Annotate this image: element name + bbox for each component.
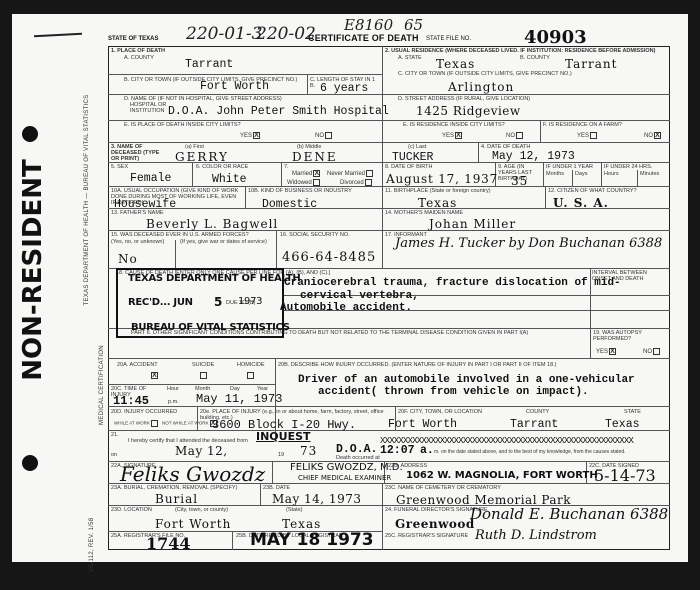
- burial-type-value: Burial: [155, 492, 198, 506]
- informant-signature: James H. Tucker by Don Buchanan 6388: [395, 236, 662, 251]
- accident-label: 20a. ACCIDENT: [117, 362, 158, 368]
- death-county-label: a. COUNTY: [124, 55, 154, 61]
- homicide-checkbox[interactable]: [246, 372, 254, 379]
- date-received-stamp: MAY 18 1973: [250, 530, 374, 550]
- days-label: Days: [575, 171, 588, 177]
- handwritten-code-2: 220-02: [256, 24, 316, 44]
- inquest-stamp: INQUEST: [256, 430, 311, 443]
- burial-state-value: Texas: [282, 517, 321, 531]
- cemetery-label: 23c. NAME OF CEMETERY OR CREMATORY: [385, 485, 501, 491]
- form-number-label: VS-112, REV. 1/58: [86, 500, 98, 590]
- funeral-director-signature: Donald E. Buchanan 6388: [470, 505, 668, 523]
- residence-street-label: d. STREET ADDRESS (If rural, give locati…: [398, 96, 530, 102]
- father-name-label: 13. FATHER'S NAME: [111, 210, 164, 216]
- death-county-value: Tarrant: [185, 58, 233, 71]
- hospital-label-3: INSTITUTION: [130, 108, 165, 114]
- registrar-signature-label: 25c. REGISTRAR'S SIGNATURE: [385, 533, 468, 539]
- death-time-value: 12:07: [380, 444, 415, 457]
- divorced-checkbox[interactable]: Divorced: [340, 179, 372, 186]
- death-city-value: Fort Worth: [200, 80, 269, 93]
- last-name-value: TUCKER: [392, 151, 433, 164]
- cause-line-a: Craniocerebral trauma, fracture dislocat…: [284, 277, 621, 289]
- punch-hole-bottom: [22, 455, 38, 471]
- residence-inside-limits-label: e. IS RESIDENCE INSIDE CITY LIMITS?: [403, 122, 505, 128]
- burial-location-sub: (City, town, or county): [175, 507, 228, 513]
- marital-label: 7.: [284, 164, 289, 170]
- autopsy-no-checkbox[interactable]: NO: [643, 348, 660, 355]
- examiner-signature: Feliks Gwozdz: [120, 462, 265, 486]
- injury-date-value: May 11, 1973: [196, 392, 282, 406]
- ssn-value: 466-64-8485: [282, 250, 376, 265]
- never-married-checkbox[interactable]: Never Married: [327, 170, 373, 177]
- mother-name-value: Johan Miller: [429, 217, 516, 231]
- residence-farm-label: f. IS RESIDENCE ON A FARM?: [543, 122, 622, 128]
- death-inside-no-checkbox[interactable]: NO: [315, 132, 332, 139]
- funeral-home-value: Greenwood: [395, 517, 475, 531]
- am-value: a.: [420, 444, 434, 457]
- residence-label: 2. USUAL RESIDENCE (Where deceased lived…: [385, 48, 655, 54]
- last-name-label: (c) Last: [408, 144, 426, 150]
- cause-line-b: Automobile accident.: [280, 302, 412, 314]
- burial-type-label: 23a. BURIAL, CREMATION, REMOVAL (Specify…: [111, 485, 237, 491]
- business-label: 10b. KIND OF BUSINESS OR INDUSTRY: [248, 188, 352, 194]
- length-of-stay-value: 6 years: [320, 82, 368, 95]
- registrar-signature: Ruth D. Lindstrom: [475, 528, 597, 543]
- birth-date-label: 8. DATE OF BIRTH: [385, 164, 432, 170]
- injury-state-value: Texas: [605, 418, 640, 431]
- birth-date-value: August 17, 1937: [386, 172, 498, 186]
- residence-street-value: 1425 Ridgeview: [416, 104, 521, 118]
- father-name-value: Beverly L. Bagwell: [146, 217, 278, 231]
- suicide-checkbox[interactable]: [199, 372, 207, 379]
- registrar-file-number: 1744: [146, 534, 191, 553]
- residence-inside-no-checkbox[interactable]: NO: [506, 132, 523, 139]
- married-checkbox[interactable]: MarriedX: [292, 170, 320, 177]
- age-value: 35: [511, 174, 528, 188]
- autopsy-label: 19. WAS AUTOPSY PERFORMED?: [593, 330, 663, 342]
- examiner-title: CHIEF MEDICAL EXAMINER: [298, 474, 391, 482]
- race-value: White: [212, 173, 247, 186]
- injury-county-label: COUNTY: [526, 409, 549, 415]
- farm-yes-checkbox[interactable]: YES: [577, 132, 597, 139]
- certificate-header: STATE OF TEXAS 220-01-3 220-02 E8160 65 …: [108, 30, 670, 46]
- received-stamp: TEXAS DEPARTMENT OF HEALTH REC'D... JUN …: [116, 268, 284, 338]
- certification-rest-text: m. on the date stated above, and to the …: [434, 450, 626, 456]
- birthplace-label: 11. BIRTHPLACE (State or foreign country…: [385, 188, 491, 194]
- sex-value: Female: [130, 172, 171, 185]
- address-label: 22b. ADDRESS: [388, 463, 427, 469]
- examiner-name: FELIKS GWOZDZ, M.D.: [290, 462, 403, 473]
- certificate-title: CERTIFICATE OF DEATH: [308, 33, 419, 43]
- injury-description-label: 20b. DESCRIBE HOW INJURY OCCURRED. (Ente…: [278, 362, 557, 368]
- residence-county-value: Tarrant: [565, 57, 617, 71]
- state-file-label: STATE FILE NO.: [426, 36, 471, 42]
- state-label: STATE OF TEXAS: [108, 36, 158, 42]
- place-of-death-label: 1. PLACE OF DEATH: [111, 48, 165, 54]
- injury-state-label: STATE: [624, 409, 641, 415]
- birthplace-value: Texas: [418, 196, 457, 210]
- burial-location-label: 23d. LOCATION: [111, 507, 152, 513]
- citizen-label: 12. CITIZEN OF WHAT COUNTRY?: [548, 188, 637, 194]
- armed-forces-label: 15. WAS DECEASED EVER IN U.S. ARMED FORC…: [111, 232, 249, 238]
- state-file-number: 40903: [524, 27, 587, 48]
- injury-description-line2: accident( thrown from vehicle on impact)…: [318, 386, 589, 398]
- sex-label: 5. SEX: [111, 164, 128, 170]
- months-label: Months: [546, 171, 564, 177]
- business-value: Domestic: [262, 198, 317, 211]
- suicide-label: SUICIDE: [192, 362, 214, 368]
- residence-state-label: a. STATE: [398, 55, 422, 61]
- autopsy-yes-checkbox[interactable]: YESX: [596, 348, 616, 355]
- under-1-year-label: IF UNDER 1 YEAR: [546, 164, 593, 170]
- middle-name-value: DENE: [292, 150, 338, 164]
- handwritten-code-3: E8160: [344, 16, 393, 34]
- hours-label: Hours: [604, 171, 619, 177]
- armed-forces-value: No: [118, 252, 138, 266]
- farm-no-checkbox[interactable]: NOX: [644, 132, 661, 139]
- injury-city-label: 20f. CITY, TOWN, OR LOCATION: [398, 409, 482, 415]
- death-occurred-label: Death occurred at: [336, 455, 380, 461]
- death-inside-limits-label: e. IS PLACE OF DEATH INSIDE CITY LIMITS?: [124, 122, 241, 128]
- armed-forces-sub2: (If yes, give war or dates of service): [180, 239, 267, 245]
- date-of-death-value: May 12, 1973: [492, 150, 575, 163]
- hour-label: Hour: [167, 386, 179, 392]
- residence-inside-yes-checkbox[interactable]: YESX: [442, 132, 462, 139]
- burial-date-value: May 14, 1973: [272, 492, 361, 506]
- burial-state-sub: (State): [286, 507, 303, 513]
- while-at-work-checkbox[interactable]: WHILE AT WORK: [114, 420, 158, 427]
- injury-occurred-label: 20d. INJURY OCCURRED: [111, 409, 177, 415]
- injury-ampm: p.m.: [168, 399, 179, 405]
- date-signed-value: 5-14-73: [594, 466, 656, 485]
- punch-hole-top: [22, 126, 38, 142]
- residence-city-value: Arlington: [448, 80, 514, 94]
- certification-item-label: 21.: [111, 432, 119, 438]
- hospital-value: D.O.A. John Peter Smith Hospital: [168, 105, 389, 118]
- department-vertical-label: TEXAS DEPARTMENT OF HEALTH — BUREAU OF V…: [80, 80, 94, 320]
- first-name-value: GERRY: [175, 150, 229, 164]
- injury-county-value: Tarrant: [510, 418, 558, 431]
- mother-name-label: 14. MOTHER'S MAIDEN NAME: [385, 210, 463, 216]
- injury-city-value: Fort Worth: [388, 418, 457, 431]
- residence-state-value: Texas: [436, 57, 475, 71]
- residence-city-label: c. CITY OR TOWN (If outside city limits,…: [398, 71, 572, 77]
- handwritten-code-4: 65: [404, 16, 423, 34]
- injury-description-line1: Driver of an automobile involved in a on…: [298, 374, 635, 386]
- ssn-label: 16. SOCIAL SECURITY NO.: [280, 232, 350, 238]
- certification-year: 73: [300, 444, 317, 458]
- minutes-label: Minutes: [640, 171, 659, 177]
- cause-line-a2: cervical vertebra,: [300, 290, 419, 302]
- burial-date-label: 23b. DATE: [263, 485, 290, 491]
- examiner-address: 1062 W. MAGNOLIA, FORT WORTH: [406, 470, 598, 481]
- handwritten-code-1: 220-01-3: [186, 24, 262, 44]
- deceased-name-label: 3. NAME OF DECEASED (Type or print): [111, 144, 161, 162]
- race-label: 6. COLOR OR RACE: [196, 164, 248, 170]
- residence-county-label: b. COUNTY: [520, 55, 550, 61]
- certification-date: May 12,: [175, 444, 228, 458]
- burial-city-value: Fort Worth: [155, 517, 231, 531]
- injury-time-value: 11:45: [113, 394, 149, 408]
- widowed-checkbox[interactable]: Widowed: [287, 179, 320, 186]
- armed-forces-sub1: (Yes, no, or unknown): [111, 239, 164, 245]
- citizen-value: U. S. A.: [553, 196, 609, 210]
- accident-checkbox[interactable]: X: [150, 372, 158, 379]
- year-prefix: 19: [278, 452, 284, 458]
- non-resident-stamp: NON-RESIDENT: [18, 180, 48, 360]
- medical-certification-vertical-label: MEDICAL CERTIFICATION: [96, 330, 108, 440]
- under-24-hrs-label: IF UNDER 24 HRS.: [604, 164, 652, 170]
- homicide-label: HOMICIDE: [237, 362, 265, 368]
- on-label: on: [111, 452, 117, 458]
- death-inside-yes-checkbox[interactable]: YESX: [240, 132, 260, 139]
